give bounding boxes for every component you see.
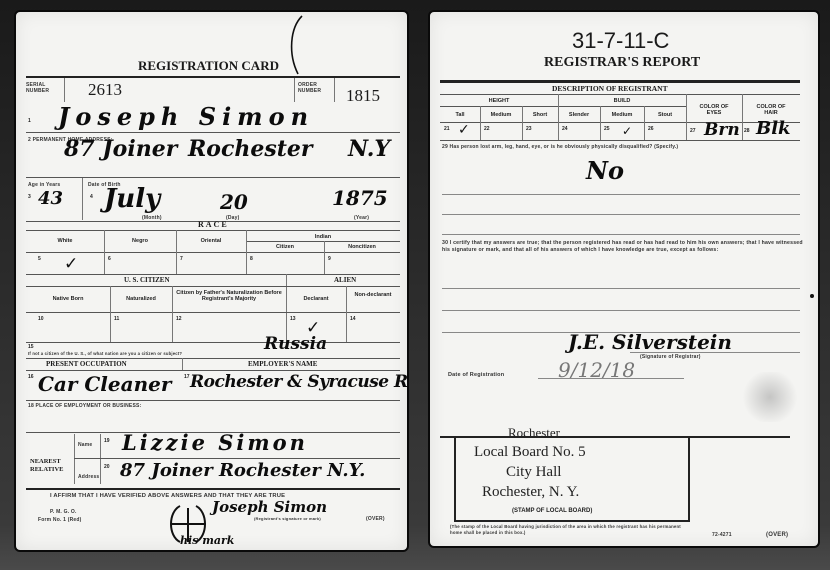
build-slender-label: Slender [558,112,600,118]
card-title: REGISTRATION CARD [138,58,279,74]
race-indian-noncitizen-number: 9 [328,256,331,262]
field-1-number: 1 [28,118,31,124]
divider [630,352,800,353]
field-29-value: No [586,156,624,185]
hole-punch-dot [810,294,814,298]
build-medium-number: 25 [604,126,610,132]
divider [440,94,800,95]
over-label-back: (OVER) [766,532,788,538]
height-short-label: Short [522,112,558,118]
registrar-signature: J.E. Silverstein [568,330,732,354]
divider [442,214,800,215]
race-oriental-label: Oriental [176,238,246,244]
form-id-line2: Form No. 1 (Red) [38,517,81,523]
divider [246,241,400,242]
divider [26,252,400,253]
divider [686,94,687,140]
present-occupation-title: PRESENT OCCUPATION [46,360,127,368]
native-born-label: Native Born [26,296,110,302]
age-value: 43 [38,188,63,209]
pencil-bracket-mark [286,14,306,76]
divider [442,234,800,235]
divider [26,286,400,287]
divider [440,122,800,123]
us-citizen-title: U. S. CITIZEN [124,276,170,284]
divider [26,342,400,343]
relative-name-label: Name [78,442,92,448]
naturalized-label: Naturalized [110,296,172,302]
stamp-line-3: Rochester, N. Y. [482,484,579,501]
race-indian-citizen-label: Citizen [246,244,324,250]
divider [286,274,287,342]
build-medium-checkmark: ✓ [622,124,632,138]
build-title: BUILD [558,98,686,104]
dob-day: 20 [220,190,248,214]
race-indian-label: Indian [246,234,400,240]
race-title: RACE [198,220,229,229]
height-tall-label: Tall [440,112,480,118]
field-17-number: 17 [184,374,190,380]
divider [742,94,743,140]
stamp-footnote: (The stamp of the Local Board having jur… [450,524,690,536]
build-medium-label: Medium [600,112,644,118]
order-number-label: ORDER NUMBER [298,82,330,94]
divider [172,286,173,342]
height-medium-label: Medium [480,112,522,118]
alien-title: ALIEN [334,276,356,284]
date-of-registration-label: Date of Registration [448,372,504,378]
registrant-mark-label: his mark [180,534,234,547]
declarant-label: Declarant [286,296,346,302]
form-code: 72-4271 [712,532,732,538]
height-medium-number: 22 [484,126,490,132]
file-number: 31-7-11-C [572,28,669,54]
divider [26,230,400,231]
field-15-number: 15 [28,344,34,350]
order-number-value: 1815 [346,86,380,106]
non-declarant-label: Non-declarant [346,292,400,298]
employer-name-title: EMPLOYER'S NAME [248,360,317,368]
divider [176,230,177,274]
hair-color-number: 28 [744,128,750,134]
race-indian-noncitizen-label: Noncitizen [324,244,400,250]
divider [26,488,400,490]
divider [440,80,800,83]
divider [480,106,481,140]
form-id-line1: P. M. G. O. [50,509,77,515]
registration-card: REGISTRATION CARD SERIAL NUMBER 2613 ORD… [14,10,409,552]
divider [334,78,335,102]
race-indian-citizen-number: 8 [250,256,253,262]
race-white-number: 5 [38,256,41,262]
divider [74,458,400,459]
hair-color-label: COLOR OF HAIR [742,104,800,116]
field-16-number: 16 [28,374,34,380]
stamp-line-2: City Hall [506,464,561,481]
relative-address-label: Address [78,474,99,480]
divider [64,78,65,102]
registrant-signature: Joseph Simon [212,498,327,516]
nationality-value: Russia [264,334,327,354]
race-oriental-number: 7 [180,256,183,262]
citizen-by-father-label: Citizen by Father's Naturalization Befor… [176,290,282,302]
divider [26,132,400,133]
divider [26,370,400,371]
place-of-employment-label: 18 PLACE OF EMPLOYMENT OR BUSINESS: [28,403,141,409]
eye-color-label: COLOR OF EYES [686,104,742,116]
naturalized-number: 11 [114,316,119,322]
dob-month: July [104,184,160,214]
divider [442,288,800,289]
eye-color-value: Brn [704,120,740,140]
native-born-number: 10 [38,316,44,322]
age-field-number: 3 [28,194,31,200]
divider [26,400,400,401]
divider [644,106,645,140]
divider [440,140,800,141]
race-white-checkmark: ✓ [64,254,78,274]
short-number: 23 [526,126,532,132]
divider [100,434,101,484]
registrars-report-card: 31-7-11-C REGISTRAR'S REPORT DESCRIPTION… [428,10,820,548]
tall-number: 21 [444,126,450,132]
report-title: REGISTRAR'S REPORT [544,55,700,71]
divider [26,274,400,275]
race-negro-number: 6 [108,256,111,262]
divider [182,358,183,370]
height-title: HEIGHT [440,98,558,104]
registrant-name: Joseph Simon [58,102,314,131]
divider [442,310,800,311]
local-board-stamp: Local Board No. 5 City Hall Rochester, N… [454,436,690,522]
eye-color-number: 27 [690,128,696,134]
citizen-by-father-number: 12 [176,316,182,322]
home-address-state: N.Y [348,136,390,162]
home-address-street: 87 Joiner [64,136,177,162]
over-label: (OVER) [366,516,385,522]
divider [246,230,247,274]
occupation-value: Car Cleaner [38,372,171,396]
divider [346,286,347,342]
race-white-label: White [26,238,104,244]
divider [294,78,295,102]
divider [558,94,559,140]
slender-number: 24 [562,126,568,132]
relative-name-number: 19 [104,438,110,444]
stamp-line-1: Local Board No. 5 [474,444,586,461]
home-address-city: Rochester [188,136,312,162]
serial-number-value: 2613 [88,80,122,100]
divider [538,378,684,379]
stout-number: 26 [648,126,654,132]
field-29-label: 29 Has person lost arm, leg, hand, eye, … [442,144,804,150]
serial-number-label: SERIAL NUMBER [26,82,62,94]
field-15-label: If not a citizen of the U. S., of what n… [28,351,182,356]
description-title: DESCRIPTION OF REGISTRANT [552,84,668,93]
divider [104,230,105,274]
divider [26,312,400,313]
divider [82,178,83,220]
relative-address-number: 20 [104,464,110,470]
divider [74,434,75,484]
divider [110,286,111,342]
build-stout-label: Stout [644,112,686,118]
relative-name-value: Lizzie Simon [122,430,308,455]
divider [600,106,601,140]
signature-caption: (Registrant's signature or mark) [254,516,321,521]
tall-checkmark: ✓ [458,122,470,138]
divider [442,194,800,195]
divider [26,76,400,78]
nearest-relative-label: NEAREST RELATIVE [30,458,74,474]
smudge [740,372,800,422]
divider [26,358,400,359]
employer-value: Rochester & Syracuse R.R. [190,372,409,392]
race-negro-label: Negro [104,238,176,244]
hair-color-value: Blk [756,118,791,139]
registrar-signature-caption: (Signature of Registrar) [640,354,701,360]
dob-year: 1875 [332,186,388,210]
divider [440,106,686,107]
non-declarant-number: 14 [350,316,356,322]
declarant-number: 13 [290,316,296,322]
dob-field-number: 4 [90,194,93,200]
stamp-caption: (STAMP OF LOCAL BOARD) [512,508,592,514]
field-30-certification: 30 I certify that my answers are true; t… [442,240,804,253]
divider [522,106,523,140]
relative-address-value: 87 Joiner Rochester N.Y. [120,460,365,481]
divider [324,241,325,274]
